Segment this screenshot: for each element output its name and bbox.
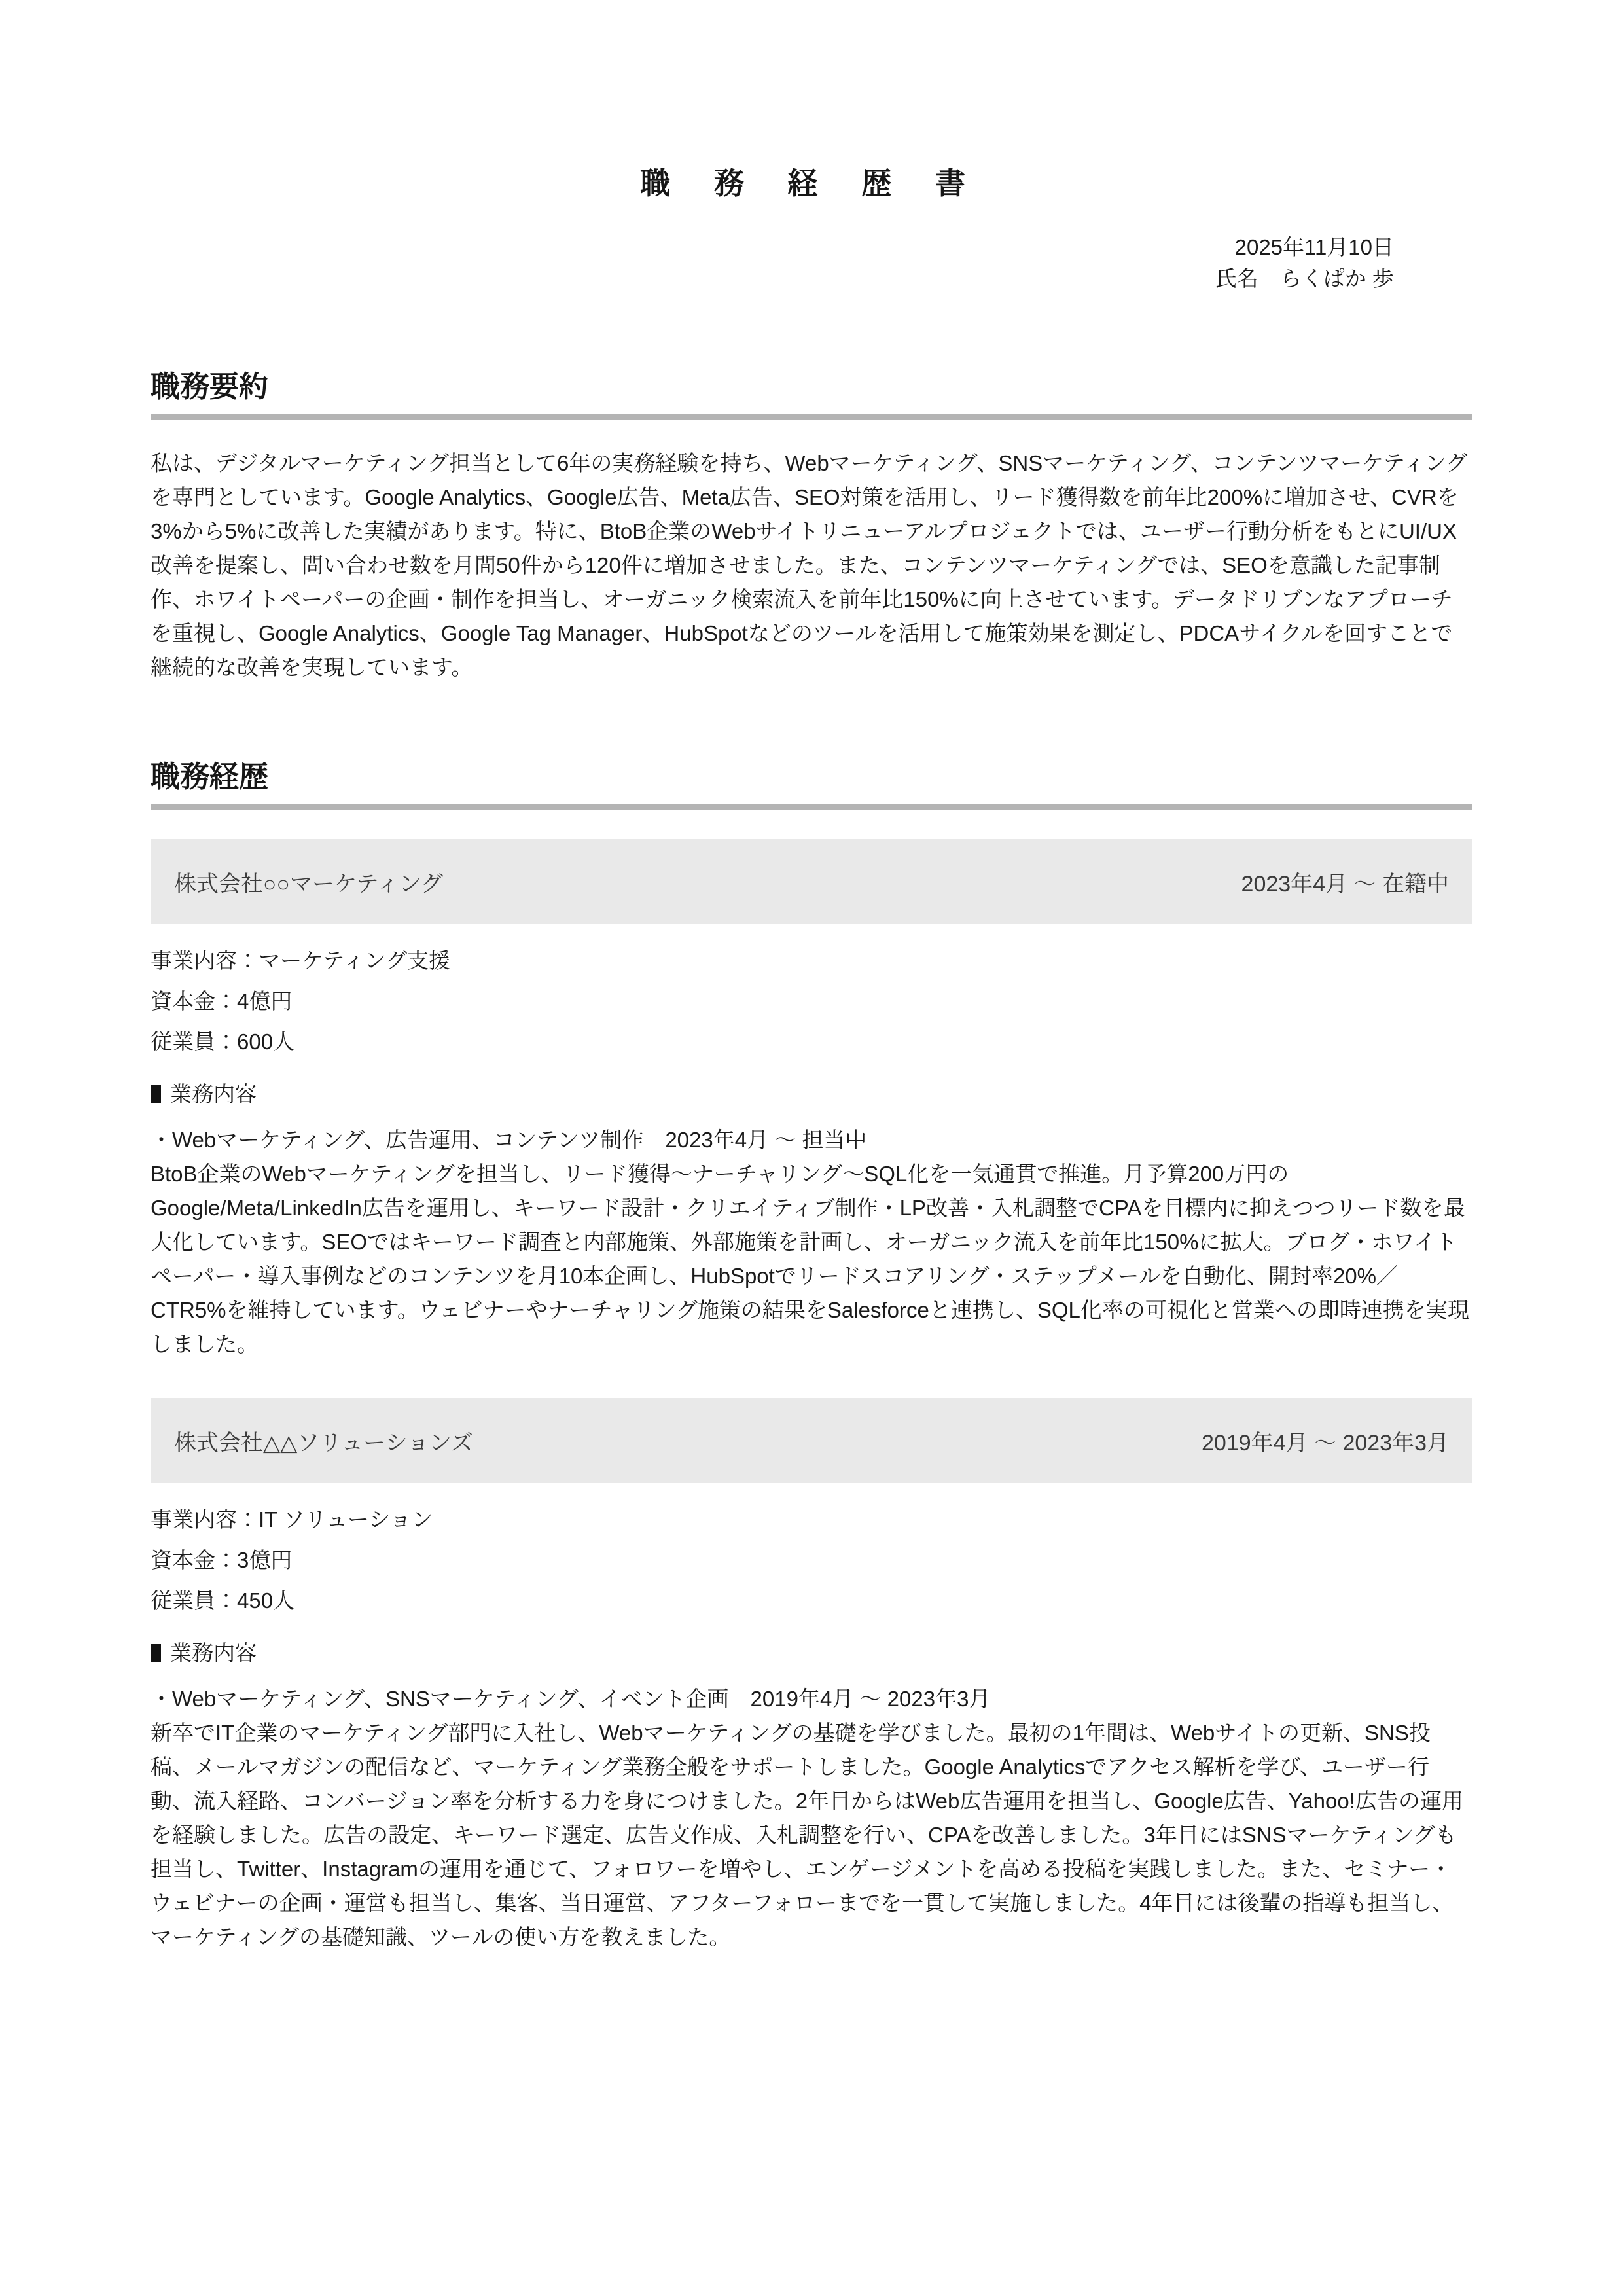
company-capital: 資本金：4億円 bbox=[151, 990, 1472, 1013]
square-bullet-icon bbox=[151, 1644, 161, 1662]
duties-heading-label: 業務内容 bbox=[170, 1640, 257, 1666]
summary-section: 職務要約 私は、デジタルマーケティング担当として6年の実務経験を持ち、Webマー… bbox=[151, 363, 1472, 685]
company-period: 2019年4月 〜 2023年3月 bbox=[1202, 1425, 1449, 1457]
company-business: 事業内容：マーケティング支援 bbox=[151, 949, 1472, 973]
company-employees: 従業員：600人 bbox=[151, 1030, 1472, 1054]
role-line: ・Webマーケティング、SNSマーケティング、イベント企画 2019年4月 〜 … bbox=[151, 1682, 1472, 1716]
company-header-bar: 株式会社○○マーケティング 2023年4月 〜 在籍中 bbox=[151, 839, 1472, 924]
duties-heading: 業務内容 bbox=[151, 1081, 1472, 1107]
company-name: 株式会社○○マーケティング bbox=[174, 866, 443, 898]
company-header-bar: 株式会社△△ソリューションズ 2019年4月 〜 2023年3月 bbox=[151, 1398, 1472, 1483]
company-period: 2023年4月 〜 在籍中 bbox=[1241, 866, 1449, 898]
document-date: 2025年11月10日 bbox=[151, 232, 1394, 263]
company-facts: 事業内容：マーケティング支援 資本金：4億円 従業員：600人 bbox=[151, 949, 1472, 1054]
duties-heading-label: 業務内容 bbox=[170, 1081, 257, 1107]
duties-heading: 業務内容 bbox=[151, 1640, 1472, 1666]
document-title: 職 務 経 歴 書 bbox=[151, 0, 1472, 203]
company-entry-1: 株式会社○○マーケティング 2023年4月 〜 在籍中 事業内容：マーケティング… bbox=[151, 839, 1472, 1361]
history-heading: 職務経歴 bbox=[151, 753, 1472, 795]
history-section: 職務経歴 株式会社○○マーケティング 2023年4月 〜 在籍中 事業内容：マー… bbox=[151, 753, 1472, 1954]
company-description: 新卒でIT企業のマーケティング部門に入社し、Webマーケティングの基礎を学びまし… bbox=[151, 1716, 1472, 1954]
company-name: 株式会社△△ソリューションズ bbox=[174, 1425, 473, 1457]
company-employees: 従業員：450人 bbox=[151, 1589, 1472, 1613]
applicant-name: 氏名 らくぱか 歩 bbox=[151, 263, 1394, 295]
company-facts: 事業内容：IT ソリューション 資本金：3億円 従業員：450人 bbox=[151, 1508, 1472, 1613]
history-section-divider bbox=[151, 804, 1472, 810]
summary-heading: 職務要約 bbox=[151, 363, 1472, 405]
summary-section-divider bbox=[151, 414, 1472, 420]
company-business: 事業内容：IT ソリューション bbox=[151, 1508, 1472, 1532]
summary-body: 私は、デジタルマーケティング担当として6年の実務経験を持ち、Webマーケティング… bbox=[151, 446, 1472, 685]
role-line: ・Webマーケティング、広告運用、コンテンツ制作 2023年4月 〜 担当中 bbox=[151, 1123, 1472, 1157]
company-capital: 資本金：3億円 bbox=[151, 1549, 1472, 1572]
company-entry-2: 株式会社△△ソリューションズ 2019年4月 〜 2023年3月 事業内容：IT… bbox=[151, 1398, 1472, 1954]
resume-page: 職 務 経 歴 書 2025年11月10日 氏名 らくぱか 歩 職務要約 私は、… bbox=[0, 0, 1623, 2296]
company-description: BtoB企業のWebマーケティングを担当し、リード獲得〜ナーチャリング〜SQL化… bbox=[151, 1157, 1472, 1361]
document-meta: 2025年11月10日 氏名 らくぱか 歩 bbox=[151, 232, 1472, 295]
square-bullet-icon bbox=[151, 1085, 161, 1103]
